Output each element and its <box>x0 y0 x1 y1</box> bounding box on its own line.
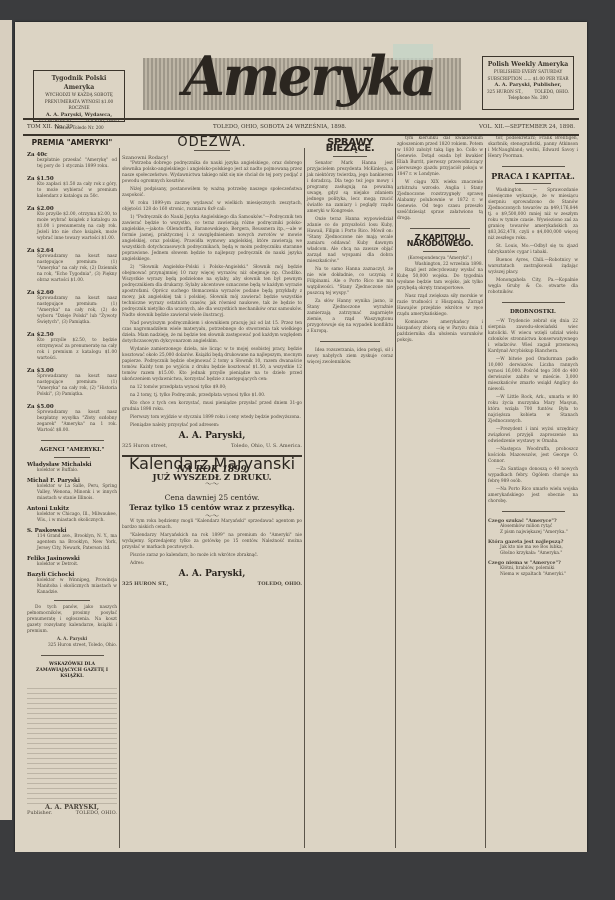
section-divider <box>41 440 104 441</box>
right-box-phone: Telephone No. 200 <box>487 95 569 102</box>
section-divider <box>423 251 457 252</box>
premium-item: Za $1.50Kto zapłaci $1.50 za cały rok z … <box>27 176 117 200</box>
labor-paragraph: Washington. — Sprawozdanie miesięczne wy… <box>488 188 578 242</box>
arbitration-paragraph: W ciągu XIX wieku znaczenie arbitrażu wz… <box>397 180 483 222</box>
masthead-title-art: Ameryka <box>143 40 461 114</box>
agent-entry: S. Paskowski114 Grand ave., Brooklyn, N.… <box>27 528 117 552</box>
column-premiums-agents: PREMIA "AMERYKI" Za 40cbezpłatnie przesł… <box>27 136 117 816</box>
newspaper-page: Tygodnik Polski Ameryka WYCHODZI W KAŻDĄ… <box>15 22 587 852</box>
arbitration-paragraph: tym kierunku dał kwakierskim zgłoszeniom… <box>397 136 483 178</box>
odezwa-paragraph: na 12 tomów przedpłata wynosi tylko $9.0… <box>122 385 302 391</box>
premium-item: Za $2.50Kto przyśle $2.50, to będzie otr… <box>27 332 117 362</box>
section-divider <box>333 156 367 157</box>
left-box-line2: PRENUMERATA WYNOSI $1.00 ROCZNIE <box>38 99 120 112</box>
section-divider <box>194 150 230 151</box>
odezwa-paragraph: Pierwszy tom wyjdzie w styczniu 1899 rok… <box>122 415 302 421</box>
ordering-instructions-text <box>27 684 117 804</box>
masthead: Tygodnik Polski Ameryka WYCHODZI W KAŻDĄ… <box>15 22 587 114</box>
calendar-ad-paragraph: "Kalendarzy Maryańskich na rok 1899" na … <box>122 533 302 551</box>
section-divider <box>54 600 90 601</box>
capitol-paragraph: Rząd jest zdecydowany wysłać na Kubę 50,… <box>397 268 483 292</box>
column-rule <box>119 148 120 848</box>
volume-number-english: VOL. XII.—SEPTEMBER 24, 1898. <box>479 120 575 134</box>
column-rule <box>304 148 305 848</box>
left-box-title: Tygodnik Polski Ameryka <box>38 74 120 92</box>
odezwa-paragraph: Nad powyższym podręcznikiem i słownikiem… <box>122 321 302 345</box>
calendar-ad-city: TOLEDO, OHIO. <box>257 581 302 587</box>
masthead-left-box: Tygodnik Polski Ameryka WYCHODZI W KAŻDĄ… <box>33 70 125 122</box>
odezwa-signature: A. A. Paryski, <box>122 433 302 439</box>
newspaper-title: Ameryka <box>183 44 423 108</box>
premium-item: Za $2.60Sprowadzamy na koszt nasz następ… <box>27 290 117 326</box>
odezwa-address-street: 325 Huron street, <box>122 443 167 449</box>
calendar-ad-paragraph: W tym roku będziemy mogli "Kalendarz Mar… <box>122 519 302 531</box>
agent-entry: Władysław Michalskikolektor w Buffalo. <box>27 462 117 474</box>
odezwa-paragraph: 2) "Słownik Angielsko-Polski i Polsko-An… <box>122 265 302 319</box>
verse: Która gazeta jest najlepszą?Jak kto nie … <box>488 539 578 557</box>
calendar-ad-signature: A. A. Paryski, <box>122 571 302 577</box>
scanner-background <box>0 852 615 900</box>
odezwa-paragraph: Niżej podpisany, postanowiłem tę ważną p… <box>122 187 302 199</box>
date-place: TOLEDO, OHIO, SOBOTA 24 WRZEŚNIA, 1898. <box>213 120 346 134</box>
agents-notice: Do tych panów, jako naszych pełnomocnikó… <box>27 605 117 635</box>
odezwa-heading: ODEZWA. <box>122 140 302 146</box>
right-box-line1: PUBLISHED EVERY SATURDAY <box>487 69 569 76</box>
trifles-paragraph: —Następca Woodruffa, proboszcz kościoła … <box>488 447 578 465</box>
calendar-ad-paragraph: Adres: <box>122 561 302 567</box>
trifles-paragraph: —W bitwie pod Omdurman padło 10,000 derw… <box>488 357 578 393</box>
labor-paragraph: St. Louis, Mo.—Odbył się tu zjazd fabryk… <box>488 244 578 256</box>
trifles-paragraph: —W Trydencie zebrał się dnia 22 sierpnia… <box>488 319 578 355</box>
odezwa-paragraph: W roku 1899-ym zacznę wydawać w wielkich… <box>122 201 302 213</box>
premium-item: Za $2.00Kto przyśle $2.00, otrzyma $2.00… <box>27 206 117 242</box>
agents-heading: AGENCI "AMERYKI." <box>27 447 117 453</box>
calendar-advertisement: Kalendarz Maryanski NA ROK 1899 JUŻ WYSZ… <box>122 455 302 587</box>
section-divider <box>410 228 470 229</box>
column-current-affairs: SPRAWY BIEŻĄCE. Senator Mark Hanna jest … <box>307 136 393 368</box>
odezwa-paragraph: na 2 tomy, tj. tylko Podręcznik, przedpł… <box>122 393 302 399</box>
odezwa-paragraph: Kto chce z tych cen korzystać, musi pien… <box>122 401 302 413</box>
left-box-line1: WYCHODZI W KAŻDĄ SOBOTĘ <box>38 92 120 99</box>
premium-item: Za $2.64Sprowadzamy na koszt nasz następ… <box>27 248 117 284</box>
column-capitol-news: tym kierunku dał kwakierskim zgłoszeniom… <box>397 136 483 346</box>
agent-entry: Michał F. Paryskikolektor w La Salle, Pe… <box>27 478 117 502</box>
current-affairs-paragraph: Za słów Hanny wynika jasno, iż Stany Zje… <box>307 299 393 335</box>
premium-item: Za $3.00Sprowadzamy na koszt nasz następ… <box>27 368 117 398</box>
odezwa-paragraph: "Potrzeba dobrego podręcznika do nauki j… <box>122 161 302 185</box>
ornament-divider: 〜〜 <box>122 481 302 487</box>
right-box-title: Polish Weekly Ameryka <box>487 60 569 69</box>
column-rule <box>485 148 486 848</box>
ordering-instructions-heading: WSKAZÓWKI DLA ZAMAWIAJĄCYCH GAZETĘ I KSI… <box>27 662 117 680</box>
premiums-heading: PREMIA "AMERYKI" <box>27 140 117 146</box>
agent-entry: Bazyli Cichockikolektor w Winnipeg, Prow… <box>27 572 117 596</box>
odezwa-address-city: Toledo, Ohio, U. S. America. <box>231 443 302 449</box>
verse: Czego niema w "Ameryce"?Kłótni, hrabiów,… <box>488 560 578 578</box>
footer-role: Publisher. <box>27 810 52 816</box>
calendar-ad-old-price: Cena dawniej 25 centów. <box>122 493 302 503</box>
current-affairs-paragraph: Na to samo Hanna zaznaczył, że nie wie d… <box>307 267 393 297</box>
current-affairs-heading: SPRAWY BIEŻĄCE. <box>307 140 393 152</box>
odezwa-paragraph: 1) "Podręcznik do Nauki Języka Angielski… <box>122 215 302 263</box>
masthead-right-box: Polish Weekly Ameryka PUBLISHED EVERY SA… <box>482 56 574 110</box>
section-divider <box>502 166 565 167</box>
section-divider <box>502 302 565 303</box>
section-divider <box>41 655 104 656</box>
odezwa-paragraph: Wydanie zamierzonego dzieła, nie licząc … <box>122 347 302 383</box>
column-labor-capital: tor, podsekretarz; Frank Brentigen, skar… <box>488 136 578 578</box>
labor-intro: tor, podsekretarz; Frank Brentigen, skar… <box>488 136 578 160</box>
agent-entry: Antoni Lukitzkolektor w Chicago, Ill., M… <box>27 506 117 524</box>
calendar-ad-paragraph: Piszcie zaraz po kalendarz, bo może ich … <box>122 553 302 559</box>
current-affairs-paragraph: Onże teraz Hanna wypowiedział zdanie co … <box>307 217 393 265</box>
notice-address: 325 Huron street, Toledo, Ohio. <box>27 643 117 649</box>
column-rule <box>395 148 396 848</box>
capitol-paragraph: Nasz rząd zwiększa siły morskie w razie … <box>397 294 483 318</box>
current-affairs-paragraph: Idea rozszerzania, idea potęgi, sił i no… <box>307 348 393 366</box>
trifles-paragraph: —Za Santiago donoszą o 40 nowych wypadka… <box>488 467 578 485</box>
premium-item: Za 40cbezpłatnie przesłać "Amerykę" od t… <box>27 152 117 170</box>
section-divider <box>320 341 380 342</box>
section-divider <box>54 457 90 458</box>
previous-page-edge <box>0 20 12 820</box>
section-divider <box>515 183 551 184</box>
premium-item: Za $5.00Sprowadzamy na koszt nasz bezpła… <box>27 404 117 434</box>
labor-paragraph: Monongahela City, Pa.—Kopalnie węgla Gru… <box>488 278 578 296</box>
trifles-heading: DROBNOSTKI. <box>488 309 578 315</box>
capitol-paragraph: Komisarze amerykańscy i hiszpańscy zbior… <box>397 320 483 344</box>
trifles-paragraph: —Prezydent i inni wyżsi urzędnicy związk… <box>488 427 578 445</box>
odezwa-paragraph: Pieniądze należy przysyłać pod adresem: <box>122 423 302 429</box>
dateline: TOM XII. No. 39. TOLEDO, OHIO, SOBOTA 24… <box>23 118 579 136</box>
labor-paragraph: Buenos Ayres, Chili.—Robotnicy w warszta… <box>488 258 578 276</box>
calendar-ad-street: 325 HURON ST., <box>122 581 168 587</box>
capitol-heading: Z KAPITOLU NARODOWEGO. <box>397 235 483 247</box>
section-divider <box>502 511 565 512</box>
labor-heading: PRACA I KAPITAŁ. <box>488 173 578 179</box>
trifles-paragraph: —W Little Rock, Ark., umarła w 80 roku ż… <box>488 395 578 425</box>
verse: Czego szukać "Ameryce"?Ałosemków milion … <box>488 518 578 536</box>
column-odezwa: ODEZWA. Szanowni Rodacy! "Potrzeba dobre… <box>122 136 302 587</box>
volume-number-polish: TOM XII. No. 39. <box>27 120 75 134</box>
trifles-paragraph: —Na Porto Rico umarło wielu wojska amery… <box>488 487 578 505</box>
agent-entry: Feliks Jasinowskikolektor w Detroit. <box>27 556 117 568</box>
footer-city: TOLEDO, OHIO. <box>76 810 117 816</box>
current-affairs-paragraph: Senator Mark Hanna jest przyjacielem pre… <box>307 161 393 215</box>
